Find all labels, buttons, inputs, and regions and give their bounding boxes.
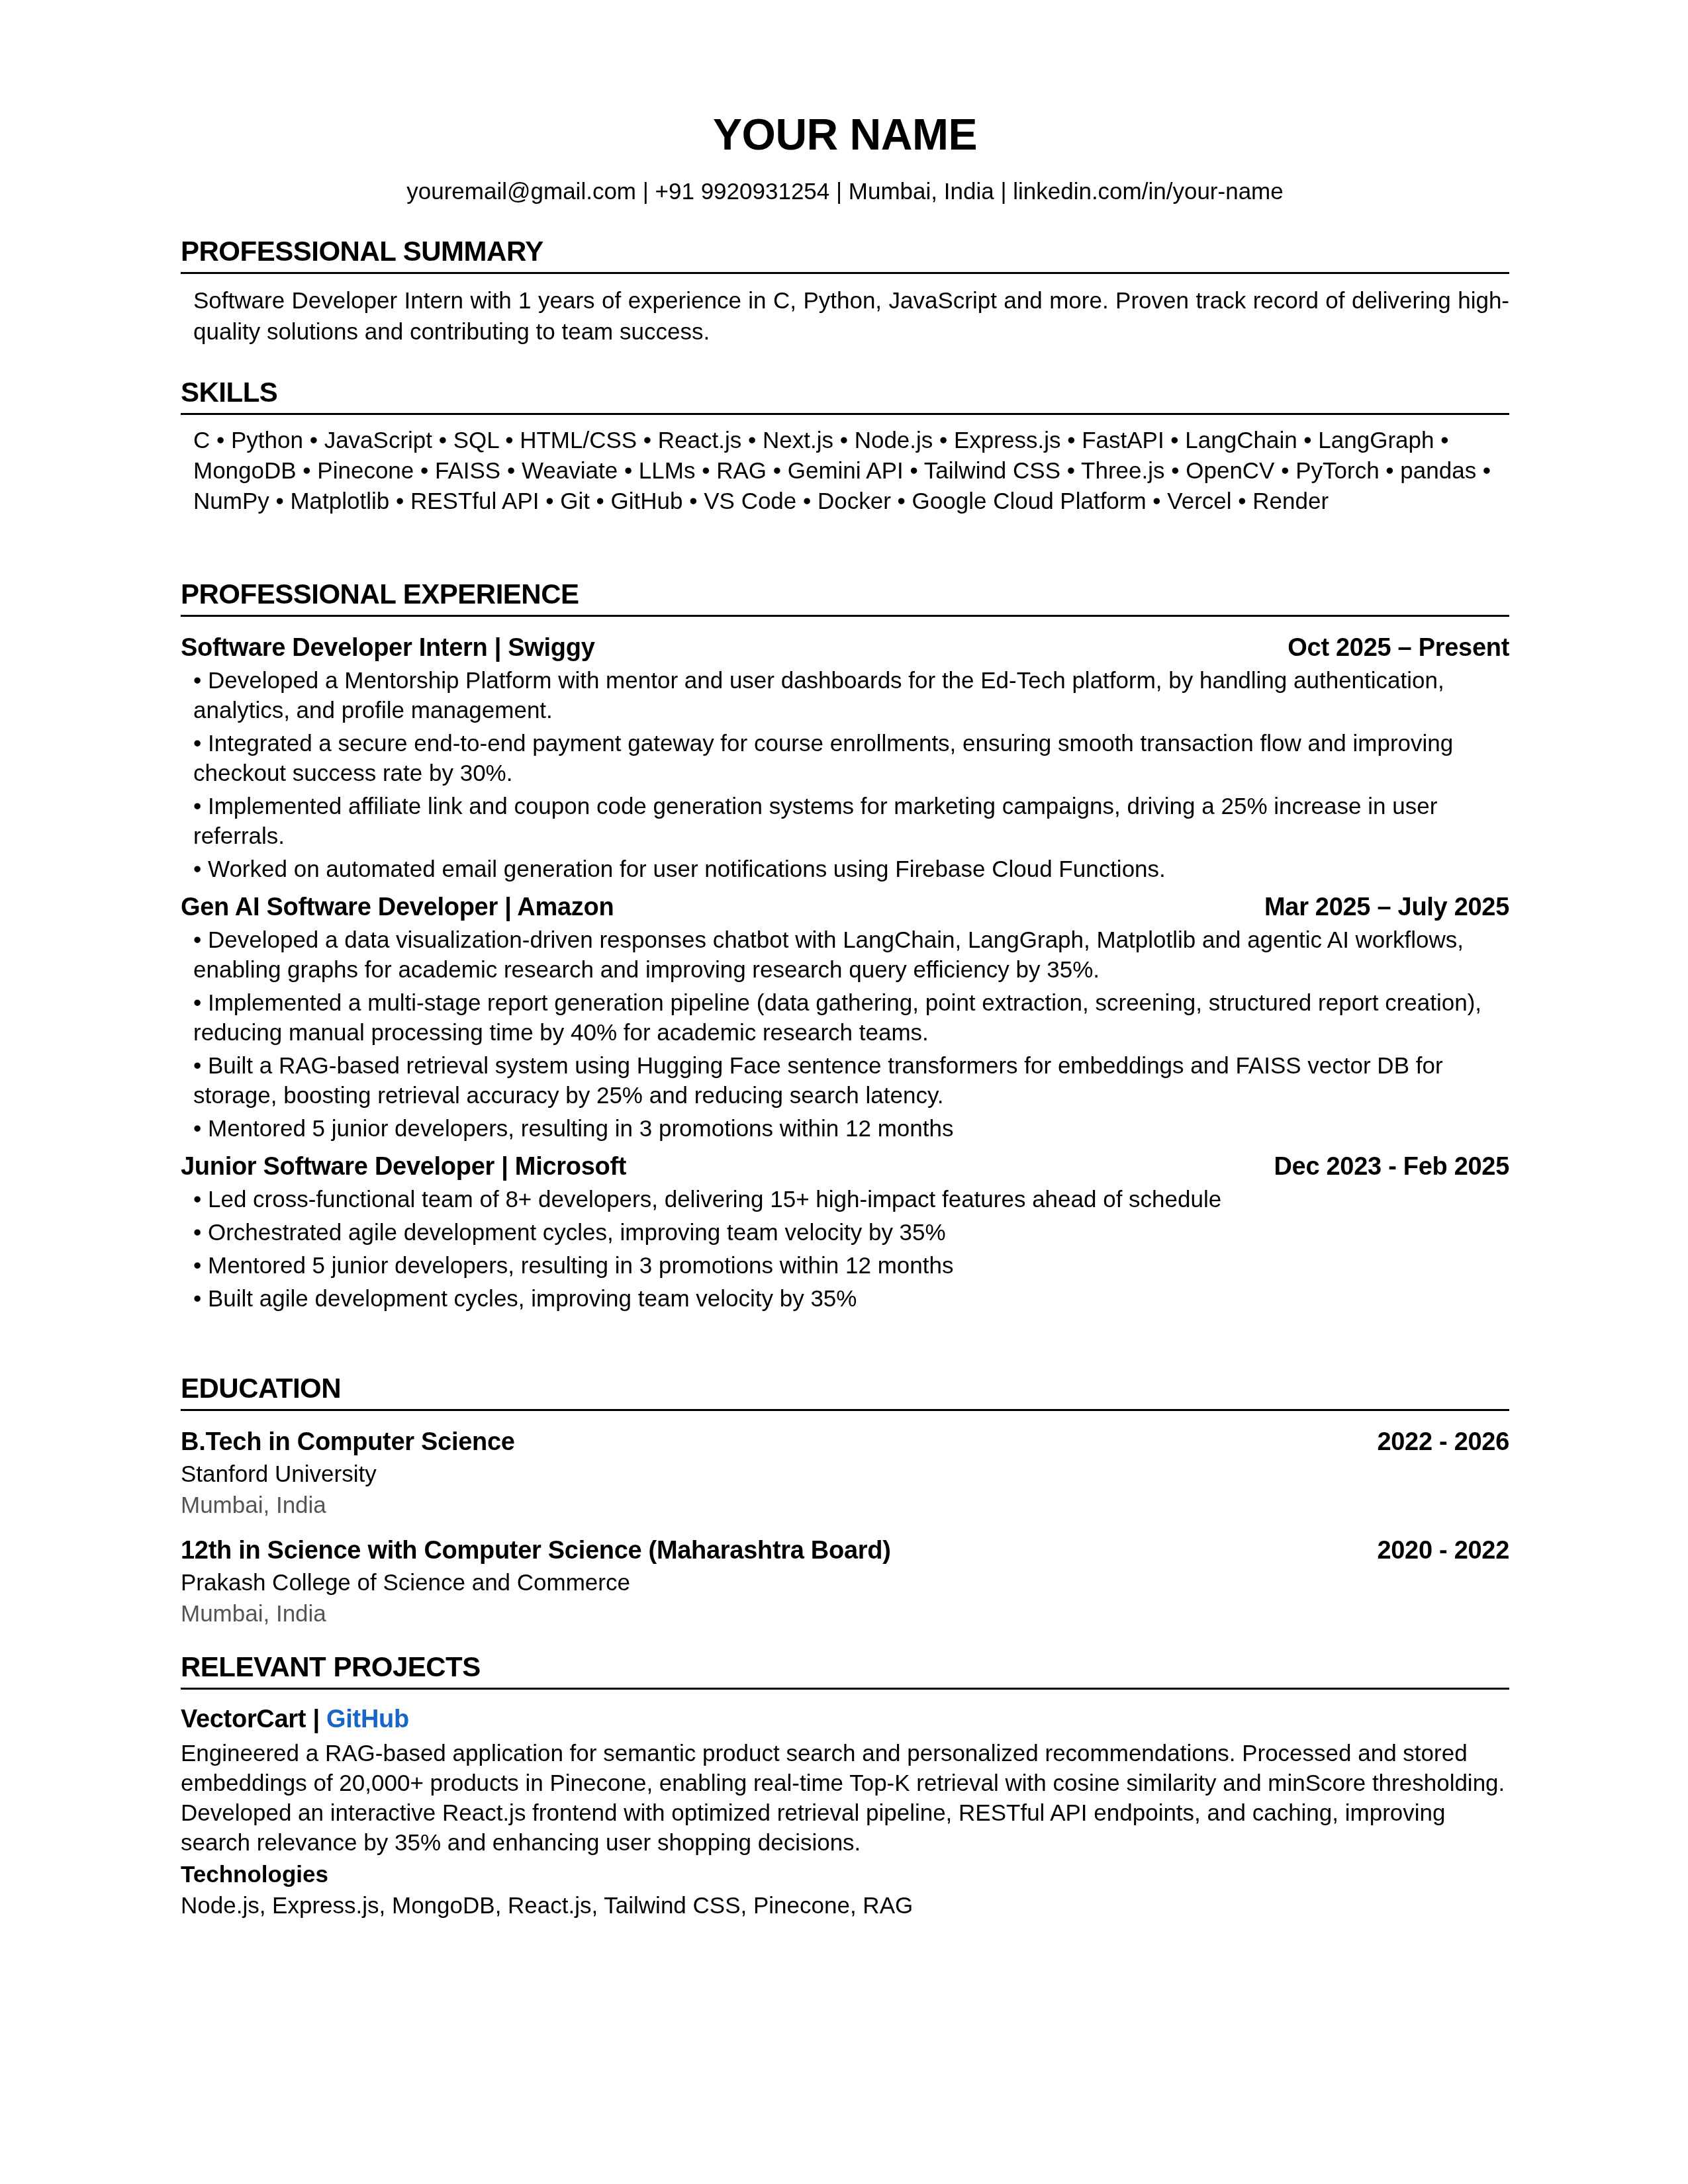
contact-info: youremail@gmail.com | +91 9920931254 | M… <box>181 177 1509 206</box>
education-school: Prakash College of Science and Commerce <box>181 1567 1509 1598</box>
job-header: Gen AI Software Developer | Amazon Mar 2… <box>181 891 1509 924</box>
project-separator: | <box>306 1706 326 1733</box>
education-dates: 2022 - 2026 <box>1377 1426 1509 1459</box>
job-bullet: Led cross-functional team of 8+ develope… <box>193 1185 1509 1214</box>
job-bullet: Integrated a secure end-to-end payment g… <box>193 729 1509 788</box>
job-dates: Dec 2023 - Feb 2025 <box>1274 1150 1509 1183</box>
education-header: B.Tech in Computer Science 2022 - 2026 <box>181 1426 1509 1459</box>
job-bullets: Developed a data visualization-driven re… <box>181 925 1509 1144</box>
job-title: Gen AI Software Developer | Amazon <box>181 891 614 924</box>
job-bullet: Implemented a multi-stage report generat… <box>193 988 1509 1048</box>
job-header: Junior Software Developer | Microsoft De… <box>181 1150 1509 1183</box>
job-bullet: Mentored 5 junior developers, resulting … <box>193 1114 1509 1144</box>
job-bullet: Developed a Mentorship Platform with men… <box>193 666 1509 725</box>
job-swiggy: Software Developer Intern | Swiggy Oct 2… <box>181 631 1509 884</box>
education-dates: 2020 - 2022 <box>1377 1534 1509 1567</box>
job-amazon: Gen AI Software Developer | Amazon Mar 2… <box>181 891 1509 1144</box>
job-bullet: Worked on automated email generation for… <box>193 854 1509 884</box>
education-section: EDUCATION B.Tech in Computer Science 202… <box>181 1372 1509 1629</box>
summary-section: PROFESSIONAL SUMMARY Software Developer … <box>181 235 1509 347</box>
skills-section: SKILLS C • Python • JavaScript • SQL • H… <box>181 376 1509 517</box>
technologies-label: Technologies <box>181 1859 1509 1891</box>
job-microsoft: Junior Software Developer | Microsoft De… <box>181 1150 1509 1314</box>
skills-list: C • Python • JavaScript • SQL • HTML/CSS… <box>181 426 1509 517</box>
education-location: Mumbai, India <box>181 1598 1509 1629</box>
education-item: B.Tech in Computer Science 2022 - 2026 S… <box>181 1426 1509 1521</box>
section-heading-projects: RELEVANT PROJECTS <box>181 1651 1509 1690</box>
experience-section: PROFESSIONAL EXPERIENCE Software Develop… <box>181 578 1509 1317</box>
job-bullet: Built agile development cycles, improvin… <box>193 1284 1509 1314</box>
project-github-link[interactable]: GitHub <box>326 1706 409 1733</box>
job-bullet: Built a RAG-based retrieval system using… <box>193 1051 1509 1111</box>
job-bullets: Developed a Mentorship Platform with men… <box>181 666 1509 884</box>
section-heading-summary: PROFESSIONAL SUMMARY <box>181 235 1509 274</box>
project-name: VectorCart <box>181 1706 306 1733</box>
section-heading-skills: SKILLS <box>181 376 1509 415</box>
education-location: Mumbai, India <box>181 1490 1509 1521</box>
job-bullet: Developed a data visualization-driven re… <box>193 925 1509 985</box>
education-degree: B.Tech in Computer Science <box>181 1426 515 1459</box>
section-heading-experience: PROFESSIONAL EXPERIENCE <box>181 578 1509 617</box>
education-item: 12th in Science with Computer Science (M… <box>181 1534 1509 1629</box>
job-header: Software Developer Intern | Swiggy Oct 2… <box>181 631 1509 664</box>
section-heading-education: EDUCATION <box>181 1372 1509 1411</box>
candidate-name: YOUR NAME <box>181 109 1509 159</box>
education-header: 12th in Science with Computer Science (M… <box>181 1534 1509 1567</box>
job-dates: Mar 2025 – July 2025 <box>1264 891 1509 924</box>
job-bullet: Implemented affiliate link and coupon co… <box>193 792 1509 851</box>
technologies-list: Node.js, Express.js, MongoDB, React.js, … <box>181 1891 1509 1921</box>
job-bullet: Mentored 5 junior developers, resulting … <box>193 1251 1509 1281</box>
summary-text: Software Developer Intern with 1 years o… <box>181 285 1509 347</box>
project-item: VectorCart | GitHub Engineered a RAG-bas… <box>181 1703 1509 1921</box>
education-school: Stanford University <box>181 1459 1509 1490</box>
job-dates: Oct 2025 – Present <box>1288 631 1509 664</box>
job-bullet: Orchestrated agile development cycles, i… <box>193 1218 1509 1248</box>
projects-section: RELEVANT PROJECTS VectorCart | GitHub En… <box>181 1651 1509 1921</box>
job-title: Software Developer Intern | Swiggy <box>181 631 594 664</box>
project-description: Engineered a RAG-based application for s… <box>181 1739 1509 1858</box>
job-title: Junior Software Developer | Microsoft <box>181 1150 626 1183</box>
project-header: VectorCart | GitHub <box>181 1703 1509 1736</box>
education-degree: 12th in Science with Computer Science (M… <box>181 1534 891 1567</box>
job-bullets: Led cross-functional team of 8+ develope… <box>181 1185 1509 1314</box>
